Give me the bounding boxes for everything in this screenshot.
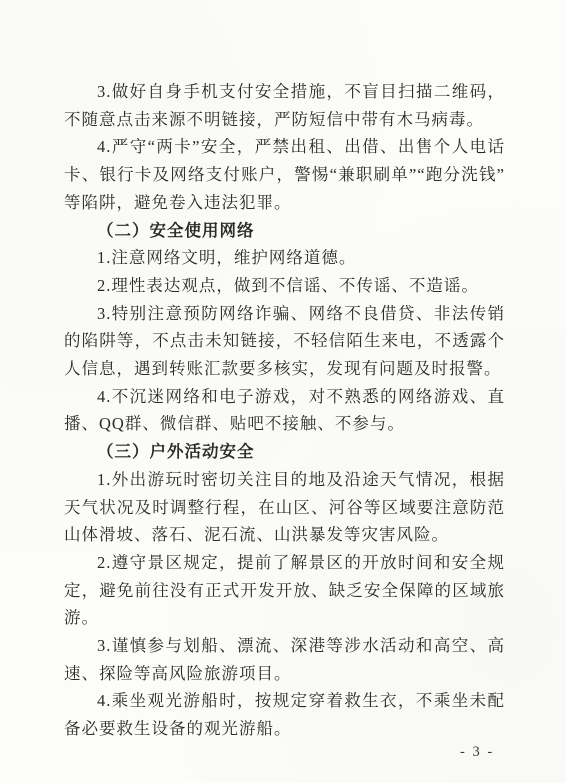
body-paragraph: 3.谨慎参与划船、漂流、深港等涉水活动和高空、高速、探险等高风险旅游项目。 <box>64 632 505 687</box>
body-paragraph: 1.外出游玩时密切关注目的地及沿途天气情况，根据天气状况及时调整行程，在山区、河… <box>64 466 505 549</box>
body-paragraph: 4.严守“两卡”安全，严禁出租、出借、出售个人电话卡、银行卡及网络支付账户，警惕… <box>64 133 505 216</box>
document-page: 3.做好自身手机支付安全措施，不盲目扫描二维码，不随意点击来源不明链接，严防短信… <box>0 0 566 783</box>
body-paragraph: 1.注意网络文明，维护网络道德。 <box>64 244 505 272</box>
body-paragraph: 2.遵守景区规定，提前了解景区的开放时间和安全规定，避免前往没有正式开发开放、缺… <box>64 549 505 632</box>
document-body: 3.做好自身手机支付安全措施，不盲目扫描二维码，不随意点击来源不明链接，严防短信… <box>64 78 505 743</box>
page-number: - 3 - <box>460 744 494 761</box>
body-paragraph: 3.做好自身手机支付安全措施，不盲目扫描二维码，不随意点击来源不明链接，严防短信… <box>64 78 505 133</box>
section-heading: （三）户外活动安全 <box>64 438 505 466</box>
body-paragraph: 2.理性表达观点，做到不信谣、不传谣、不造谣。 <box>64 272 505 300</box>
body-paragraph: 3.特别注意预防网络诈骗、网络不良借贷、非法传销的陷阱等，不点击未知链接，不轻信… <box>64 300 505 383</box>
section-heading: （二）安全使用网络 <box>64 217 505 245</box>
body-paragraph: 4.乘坐观光游船时，按规定穿着救生衣，不乘坐未配备必要救生设备的观光游船。 <box>64 687 505 742</box>
body-paragraph: 4.不沉迷网络和电子游戏，对不熟悉的网络游戏、直播、QQ群、微信群、贴吧不接触、… <box>64 383 505 438</box>
